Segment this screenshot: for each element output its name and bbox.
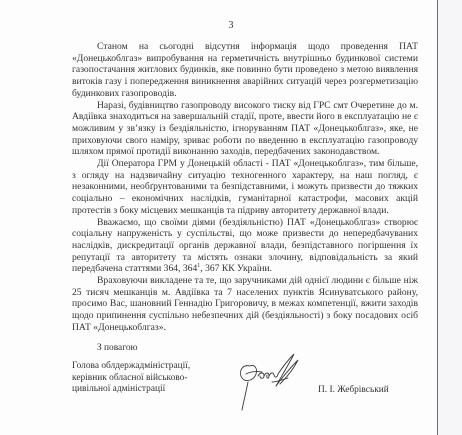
closing-salutation: З повагою bbox=[97, 343, 138, 353]
page-edge-line bbox=[437, 0, 438, 435]
handwritten-signature-icon bbox=[236, 352, 318, 414]
paragraph-request: Враховуючи викладене та те, що заручника… bbox=[72, 275, 418, 334]
paragraph-operator-actions: Дії Оператора ГРМ у Донецькій області - … bbox=[72, 158, 418, 217]
paragraph-social-tension-tail: , 367 КК України. bbox=[200, 263, 272, 274]
signer-position: Голова облдержадміністрації, керівник об… bbox=[72, 361, 190, 396]
position-line-1: Голова облдержадміністрації, bbox=[72, 361, 190, 373]
paragraph-pipeline-construction: Наразі, будівництво газопроводу високого… bbox=[72, 100, 418, 159]
paragraph-social-tension: Вважаємо, що своїми діями (бездіяльністю… bbox=[72, 217, 418, 276]
page-number: 3 bbox=[0, 20, 462, 31]
scanned-letter-page: 3 Станом на сьогодні відсутня інформація… bbox=[0, 0, 462, 435]
position-line-3: цивільної адміністрації bbox=[72, 384, 190, 396]
signer-name: П. І. Жебрівський bbox=[318, 385, 389, 395]
letter-body: Станом на сьогодні відсутня інформація щ… bbox=[72, 41, 418, 334]
paragraph-gas-testing: Станом на сьогодні відсутня інформація щ… bbox=[72, 41, 418, 100]
scan-margin-strip bbox=[438, 0, 462, 435]
position-line-2: керівник обласної військово- bbox=[72, 373, 190, 385]
